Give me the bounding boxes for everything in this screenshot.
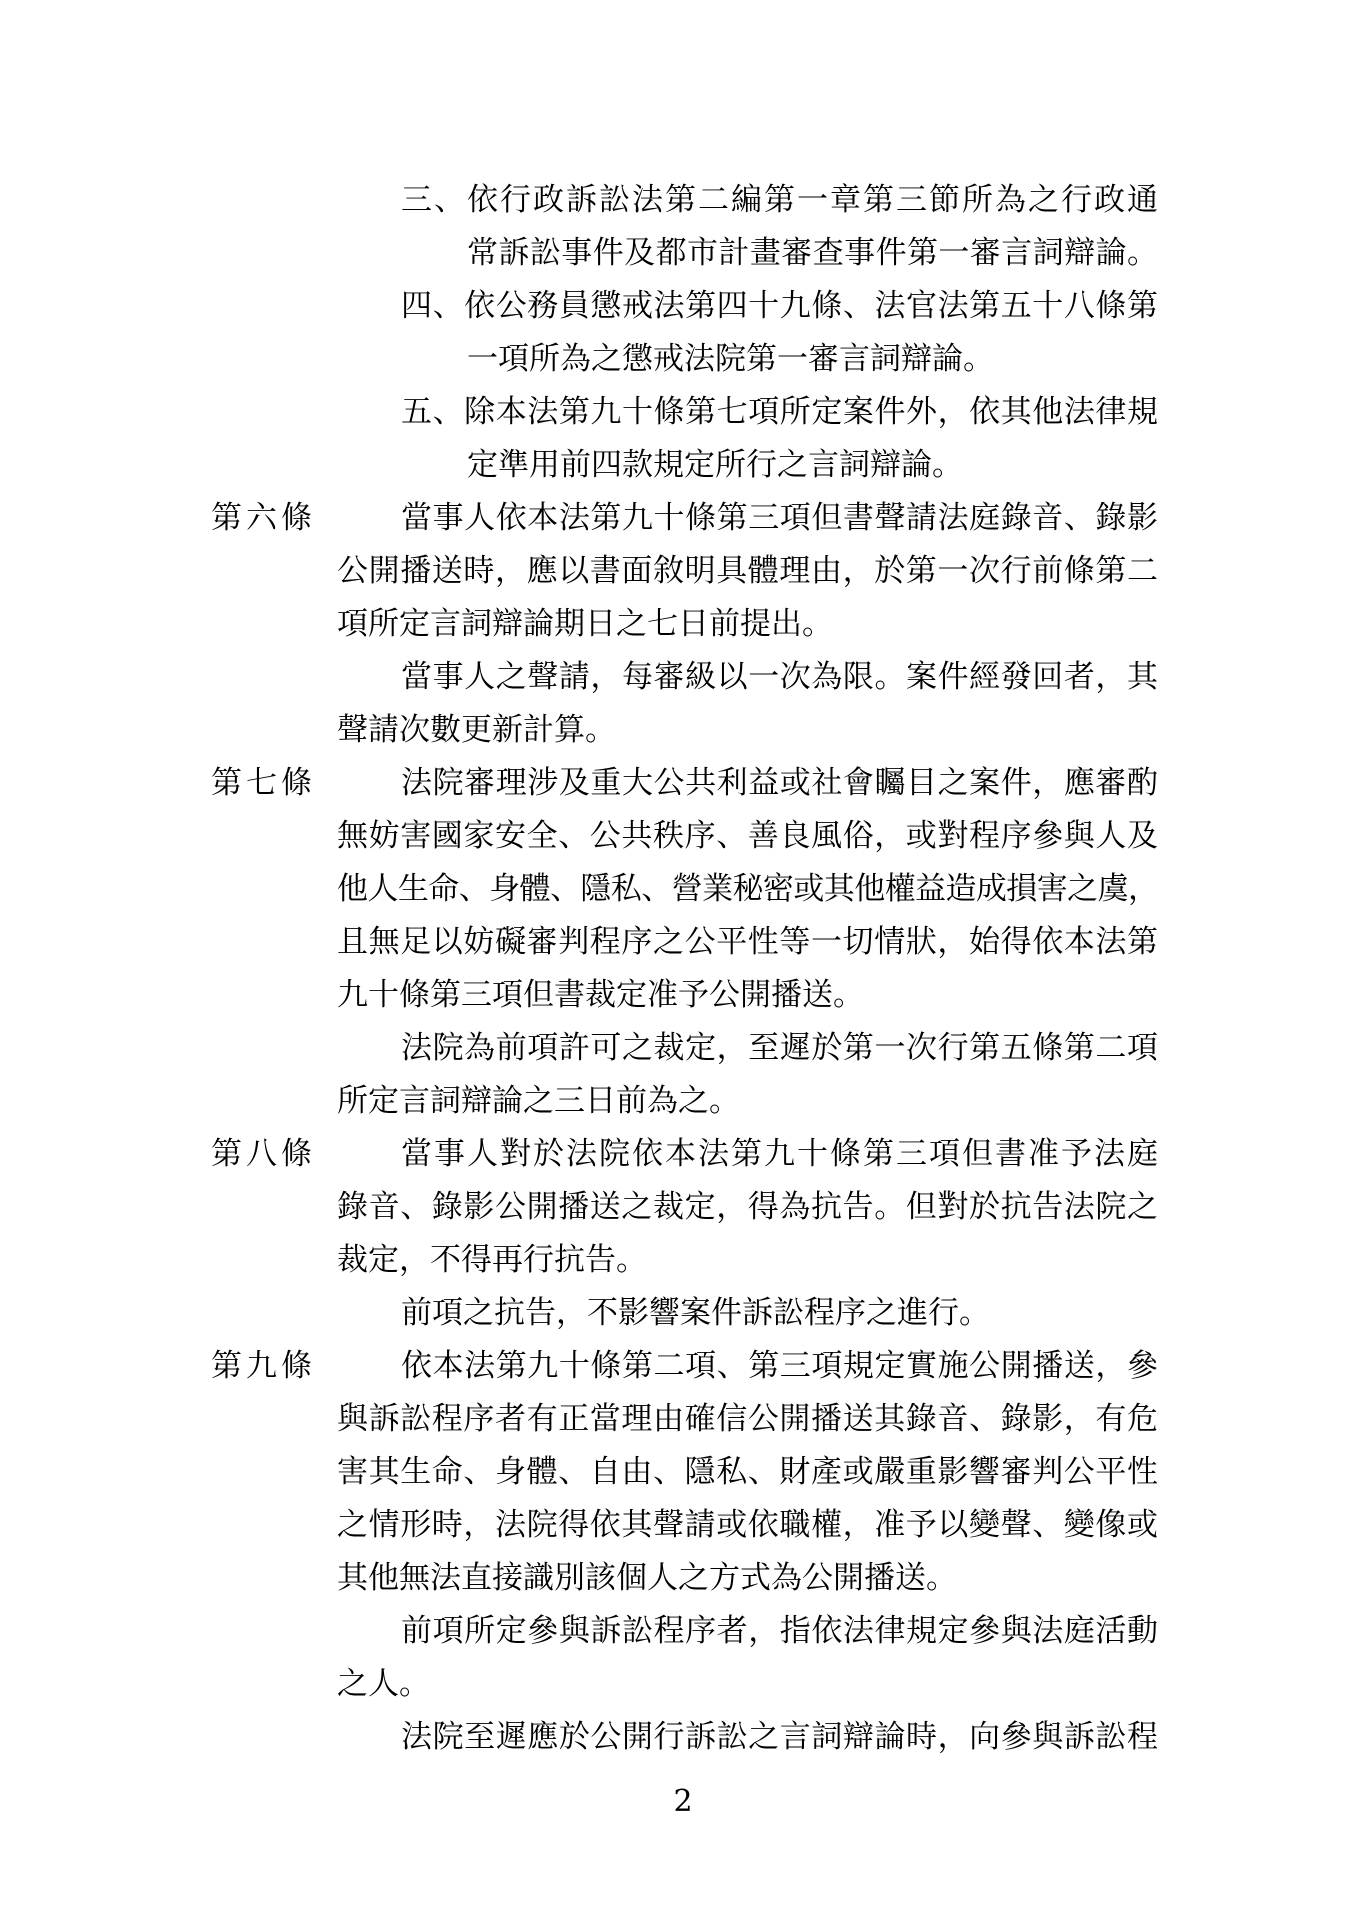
text-line: 錄音、錄影公開播送之裁定，得為抗告。但對於抗告法院之 [337,1188,1158,1226]
text-line: 常訴訟事件及都市計畫審查事件第一審言詞辯論。 [467,234,1158,272]
text-line: 定準用前四款規定所行之言詞辯論。 [467,446,1158,484]
text-line: 四、依公務員懲戒法第四十九條、法官法第五十八條第 [401,287,1158,325]
text-line: 其他無法直接識別該個人之方式為公開播送。 [337,1559,1158,1597]
article-number: 第七條 [211,764,316,802]
text-line: 九十條第三項但書裁定准予公開播送。 [337,976,1158,1014]
page-number: 2 [0,1786,1366,1818]
text-line: 他人生命、身體、隱私、營業秘密或其他權益造成損害之虞， [337,870,1158,908]
text-line: 一項所為之懲戒法院第一審言詞辯論。 [467,340,1158,378]
text-line: 之人。 [337,1665,1158,1703]
text-line: 且無足以妨礙審判程序之公平性等一切情狀，始得依本法第 [337,923,1158,961]
article-first-line: 當事人對於法院依本法第九十條第三項但書准予法庭 [401,1135,1158,1173]
text-line: 公開播送時，應以書面敘明具體理由，於第一次行前條第二 [337,552,1158,590]
text-line: 當事人之聲請，每審級以一次為限。案件經發回者，其 [401,658,1158,696]
text-line: 法院至遲應於公開行訴訟之言詞辯論時，向參與訴訟程 [401,1718,1158,1756]
text-line: 法院為前項許可之裁定，至遲於第一次行第五條第二項 [401,1029,1158,1067]
article-number: 第八條 [211,1135,316,1173]
article-first-line: 當事人依本法第九十條第三項但書聲請法庭錄音、錄影 [401,499,1158,537]
text-line: 前項之抗告，不影響案件訴訟程序之進行。 [401,1294,1158,1332]
text-line: 與訴訟程序者有正當理由確信公開播送其錄音、錄影，有危 [337,1400,1158,1438]
text-line: 前項所定參與訴訟程序者，指依法律規定參與法庭活動 [401,1612,1158,1650]
article-first-line: 依本法第九十條第二項、第三項規定實施公開播送，參 [401,1347,1158,1385]
text-line: 害其生命、身體、自由、隱私、財產或嚴重影響審判公平性 [337,1453,1158,1491]
text-line: 所定言詞辯論之三日前為之。 [337,1082,1158,1120]
text-line: 聲請次數更新計算。 [337,711,1158,749]
document-page: 三、依行政訴訟法第二編第一章第三節所為之行政通常訴訟事件及都市計畫審查事件第一審… [0,0,1366,1931]
text-line: 五、除本法第九十條第七項所定案件外，依其他法律規 [401,393,1158,431]
article-first-line: 法院審理涉及重大公共利益或社會矚目之案件，應審酌 [401,764,1158,802]
article-number: 第九條 [211,1347,316,1385]
article-number: 第六條 [211,499,316,537]
text-line: 項所定言詞辯論期日之七日前提出。 [337,605,1158,643]
text-line: 之情形時，法院得依其聲請或依職權，准予以變聲、變像或 [337,1506,1158,1544]
text-line: 裁定，不得再行抗告。 [337,1241,1158,1279]
text-line: 無妨害國家安全、公共秩序、善良風俗，或對程序參與人及 [337,817,1158,855]
text-line: 三、依行政訴訟法第二編第一章第三節所為之行政通 [401,181,1158,219]
